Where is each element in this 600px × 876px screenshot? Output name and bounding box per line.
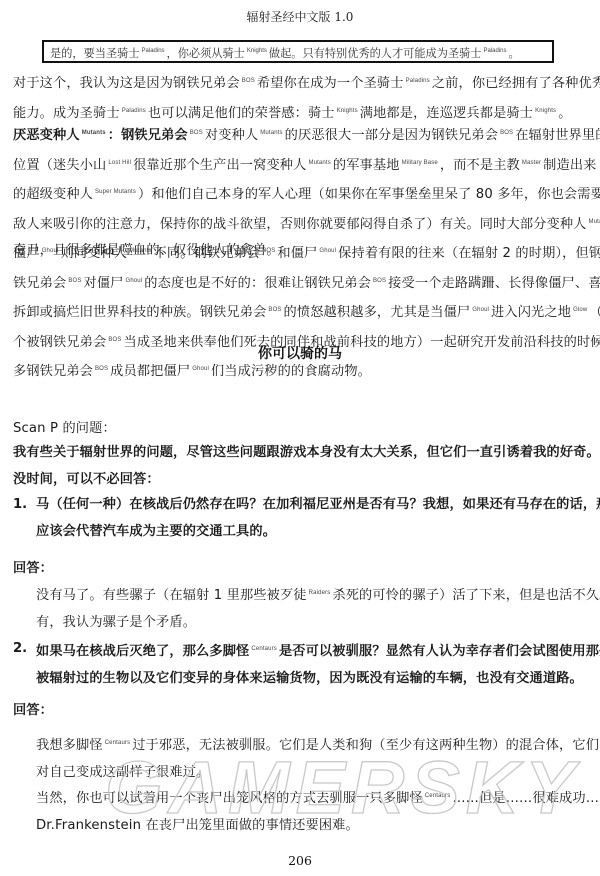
english-tag: Ghoul xyxy=(192,366,209,372)
english-tag: Mutants xyxy=(308,160,330,166)
page-header-title: 辐射圣经中文版 1.0 xyxy=(0,8,600,25)
paragraph-line: 敌人来吸引你的注意力，保持你的战斗欲望，否则你就要郁闷得自杀了）有关。同时大部分… xyxy=(13,209,587,239)
answer-2: 我想多脚怪Centaurs过于邪恶，无法被驯服。它们是人类和狗（至少有这两种生物… xyxy=(36,730,588,786)
text: 僵尸 xyxy=(13,246,40,261)
question-intro: Scan P 的问题： xyxy=(13,416,587,443)
english-tag: Mutants xyxy=(82,130,106,136)
english-tag: Glow xyxy=(573,307,587,313)
list-number: 2. xyxy=(13,641,27,656)
text: 是的，要当圣骑士 xyxy=(50,47,140,60)
text: 进入闪光之地 xyxy=(491,305,571,320)
english-tag: BOS xyxy=(500,130,513,136)
intro-bold-paragraph: 我有些关于辐射世界的问题，尽管这些问题跟游戏本身没有太大关系，但它们一直引诱着我… xyxy=(13,440,587,493)
text: 做起。只有特别优秀的人才可能成为圣骑士 xyxy=(269,47,482,60)
text: 接受一个走路蹒跚、长得像僵尸、喜欢 xyxy=(388,276,600,291)
text: ，而不是主教 xyxy=(440,158,520,173)
text: ……但是……很难成功……比 xyxy=(452,791,600,806)
text: 杀死的可怜的骡子）活了下来，但是也活不久。还 xyxy=(332,588,600,603)
paragraph-line: 僵尸Ghoul则同变种人Mutants不同。钢铁兄弟会BOS和僵尸Ghoul保持… xyxy=(13,238,587,268)
text: 铁兄弟会 xyxy=(13,276,66,291)
english-tag: BOS xyxy=(95,366,108,372)
answer-1: 没有马了。有些骡子（在辐射 1 里那些被歹徒Raiders杀死的可怜的骡子）活了… xyxy=(36,580,588,636)
text: 的愤怒越积越多，尤其是当僵尸 xyxy=(284,305,471,320)
paragraph-line: 回答： xyxy=(13,556,587,583)
text: 过于邪恶，无法被驯服。它们是人类和狗（至少有这两种生物）的混合体，它们肯定 xyxy=(132,738,600,753)
text: 我想多脚怪 xyxy=(36,738,103,753)
text: 如果马在核战后灭绝了，那么多脚怪 xyxy=(36,644,249,659)
english-tag: BOS xyxy=(268,307,281,313)
paragraph-line: 没时间，可以不必回答： xyxy=(13,467,587,494)
text: 没有马了。有些骡子（在辐射 1 里那些被歹徒 xyxy=(36,588,307,603)
paragraph-line: 我想多脚怪Centaurs过于邪恶，无法被驯服。它们是人类和狗（至少有这两种生物… xyxy=(36,730,588,760)
text: 的厌恶很大一部分是因为钢铁兄弟会 xyxy=(285,128,498,143)
question-1: 马（任何一种）在核战后仍然存在吗？在加利福尼亚州是否有马？我想，如果还有马存在的… xyxy=(36,492,588,545)
english-tag: BOS xyxy=(242,78,255,84)
answer-label: 回答： xyxy=(13,556,587,583)
english-tag: Knights xyxy=(247,48,267,54)
paragraph-paladins: 对于这个，我认为这是因为钢铁兄弟会BOS希望你在成为一个圣骑士Paladins之… xyxy=(13,68,587,127)
english-tag: Knights xyxy=(535,108,556,114)
text: 。 xyxy=(558,106,571,121)
text: 对变种人 xyxy=(205,128,258,143)
question-2: 如果马在核战后灭绝了，那么多脚怪Centaurs是否可以被驯服？显然有人认为幸存… xyxy=(36,636,588,692)
page-number: 206 xyxy=(0,853,600,868)
english-tag: Paladins xyxy=(483,48,506,54)
paragraph-line: 没有马了。有些骡子（在辐射 1 里那些被歹徒Raiders杀死的可怜的骡子）活了… xyxy=(36,580,588,610)
text: 的军事基地 xyxy=(333,158,400,173)
text: ：钢铁兄弟会 xyxy=(108,128,188,143)
paragraph-line: 回答： xyxy=(13,698,587,725)
section-heading: 你可以骑的马 xyxy=(0,343,600,363)
paragraph-line: 被辐射过的生物以及它们变异的身体来运输货物，因为既没有运输的车辆，也没有交通道路… xyxy=(36,666,588,693)
text: ，你必须从骑士 xyxy=(167,47,245,60)
text: 的超级变种人 xyxy=(13,187,93,202)
text: 满地都是，连巡逻兵都是骑士 xyxy=(360,106,533,121)
text: 也可以满足他们的荣誉感：骑士 xyxy=(148,106,335,121)
paragraph-line: 我有些关于辐射世界的问题，尽管这些问题跟游戏本身没有太大关系，但它们一直引诱着我… xyxy=(13,440,587,467)
text: （一 xyxy=(589,305,600,320)
english-tag: Ghoul xyxy=(472,307,489,313)
paragraph-line: Scan P 的问题： xyxy=(13,416,587,443)
text: 不同。钢铁兄弟会 xyxy=(154,246,261,261)
paragraph-line: 马（任何一种）在核战后仍然存在吗？在加利福尼亚州是否有马？我想，如果还有马存在的… xyxy=(36,492,588,519)
text: 能力。成为圣骑士 xyxy=(13,106,120,121)
english-tag: Mutants xyxy=(260,130,282,136)
text: 对僵尸 xyxy=(83,276,123,291)
text: 在辐射世界里的 xyxy=(515,128,600,143)
english-tag: Ghoul xyxy=(42,248,59,254)
english-tag: Ghoul xyxy=(319,248,336,254)
text: 的态度也是不好的：很难让钢铁兄弟会 xyxy=(144,276,371,291)
english-tag: Centaurs xyxy=(105,740,131,746)
paragraph-line: 铁兄弟会BOS对僵尸Ghoul的态度也是不好的：很难让钢铁兄弟会BOS接受一个走… xyxy=(13,268,587,298)
english-tag: Mutants xyxy=(589,219,600,225)
text: 敌人来吸引你的注意力，保持你的战斗欲望，否则你就要郁闷得自杀了）有关。同时大部分… xyxy=(13,217,587,232)
english-tag: BOS xyxy=(68,278,81,284)
paragraph-line: 有，我认为骡子是个矛盾。 xyxy=(36,610,588,637)
text: 拆卸或搞烂旧世界科技的种族。钢铁兄弟会 xyxy=(13,305,266,320)
text: ）和他们自己本身的军人心理（如果你在军事堡垒里呆了 80 多年，你也会需要一个 xyxy=(138,187,600,202)
paragraph-line: 如果马在核战后灭绝了，那么多脚怪Centaurs是否可以被驯服？显然有人认为幸存… xyxy=(36,636,588,666)
answer-2-continued: 当然，你也可以试着用一个丧尸出笼风格的方式去驯服一只多脚怪Centaurs……但… xyxy=(36,783,588,839)
paragraph-line: 对于这个，我认为这是因为钢铁兄弟会BOS希望你在成为一个圣骑士Paladins之… xyxy=(13,68,587,98)
text: 制造出来 xyxy=(543,158,596,173)
english-tag: Mutants xyxy=(129,248,151,254)
english-tag: Super Mutants xyxy=(95,189,136,195)
paragraph-line: 当然，你也可以试着用一个丧尸出笼风格的方式去驯服一只多脚怪Centaurs……但… xyxy=(36,783,588,813)
text: 成员都把僵尸 xyxy=(110,364,190,379)
english-tag: Paladins xyxy=(406,78,430,84)
text: 则同变种人 xyxy=(60,246,127,261)
boxed-quote: 是的，要当圣骑士Paladins，你必须从骑士Knights做起。只有特别优秀的… xyxy=(42,40,554,63)
text: 和僵尸 xyxy=(277,246,317,261)
text: 对于这个，我认为这是因为钢铁兄弟会 xyxy=(13,76,240,91)
text: 之前，你已经拥有了各种优秀的 xyxy=(432,76,600,91)
answer-label: 回答： xyxy=(13,698,587,725)
english-tag: Military Base xyxy=(402,160,438,166)
text: 保持着有限的往来（在辐射 2 的时期），但钢 xyxy=(338,246,600,261)
english-tag: BOS xyxy=(373,278,386,284)
english-tag: Ghoul xyxy=(126,278,143,284)
text: 。 xyxy=(508,47,519,60)
english-tag: Paladins xyxy=(122,108,146,114)
english-tag: Knights xyxy=(337,108,358,114)
english-tag: Raiders xyxy=(309,590,331,596)
paragraph-ghouls: 僵尸Ghoul则同变种人Mutants不同。钢铁兄弟会BOS和僵尸Ghoul保持… xyxy=(13,238,587,386)
paragraph-line: 位置（迷失小山Lost Hill很靠近那个生产出一窝变种人Mutants的军事基… xyxy=(13,150,587,180)
text: 当然，你也可以试着用一个丧尸出笼风格的方式去驯服一只多脚怪 xyxy=(36,791,423,806)
text: 希望你在成为一个圣骑士 xyxy=(257,76,404,91)
english-tag: Centaurs xyxy=(425,793,451,799)
text: 位置（迷失小山 xyxy=(13,158,106,173)
english-tag: BOS xyxy=(262,248,275,254)
paragraph-lead: 厌恶变种人 xyxy=(13,128,80,143)
english-tag: Master xyxy=(522,160,541,166)
paragraph-line: 的超级变种人Super Mutants）和他们自己本身的军人心理（如果你在军事堡… xyxy=(13,179,587,209)
list-number: 1. xyxy=(13,497,27,512)
paragraph-line: 厌恶变种人Mutants：钢铁兄弟会BOS对变种人Mutants的厌恶很大一部分… xyxy=(13,120,587,150)
english-tag: Paladins xyxy=(142,48,165,54)
english-tag: BOS xyxy=(190,130,203,136)
paragraph-line: 拆卸或搞烂旧世界科技的种族。钢铁兄弟会BOS的愤怒越积越多，尤其是当僵尸Ghou… xyxy=(13,297,587,327)
text: 是否可以被驯服？显然有人认为幸存者们会试图使用那些 xyxy=(279,644,600,659)
text: 们当成污秽的的食腐动物。 xyxy=(211,364,371,379)
english-tag: Centaurs xyxy=(251,646,277,652)
text: 很靠近那个生产出一窝变种人 xyxy=(133,158,306,173)
english-tag: Lost Hill xyxy=(108,160,131,166)
paragraph-line: Dr.Frankenstein 在丧尸出笼里面做的事情还要困难。 xyxy=(36,813,588,840)
english-tag: BOS xyxy=(108,337,121,343)
paragraph-line: 应该会代替汽车成为主要的交通工具的。 xyxy=(36,519,588,546)
text: 多钢铁兄弟会 xyxy=(13,364,93,379)
